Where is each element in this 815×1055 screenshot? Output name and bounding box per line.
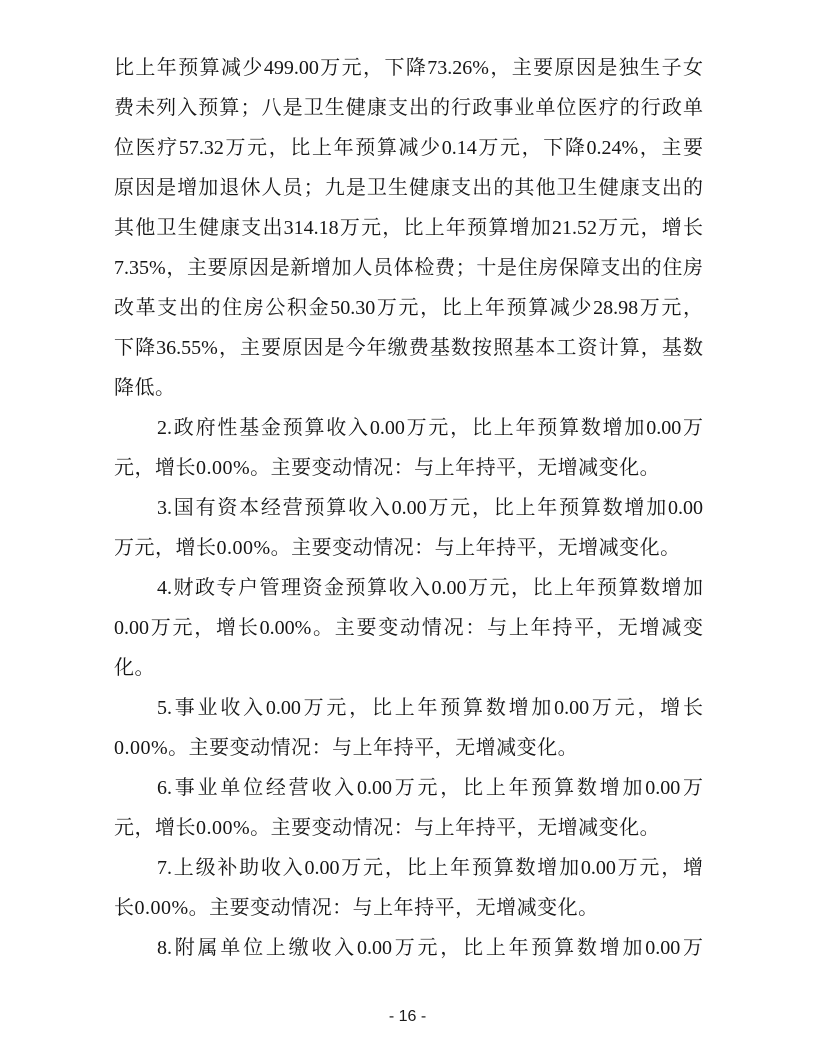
document-body: 比上年预算减少499.00万元，下降73.26%，主要原因是独生子女 费未列入预…	[114, 48, 703, 968]
text-line: 0.00%。主要变动情况：与上年持平，无增减变化。	[114, 728, 703, 768]
text-line: 元，增长0.00%。主要变动情况：与上年持平，无增减变化。	[114, 808, 703, 848]
text-line: 4.财政专户管理资金预算收入0.00万元，比上年预算数增加	[114, 568, 703, 608]
text-line: 费未列入预算；八是卫生健康支出的行政事业单位医疗的行政单	[114, 88, 703, 128]
text-line: 5.事业收入0.00万元，比上年预算数增加0.00万元，增长	[114, 688, 703, 728]
text-line: 改革支出的住房公积金50.30万元，比上年预算减少28.98万元，	[114, 288, 703, 328]
text-line: 下降36.55%，主要原因是今年缴费基数按照基本工资计算，基数	[114, 328, 703, 368]
text-line: 3.国有资本经营预算收入0.00万元，比上年预算数增加0.00	[114, 488, 703, 528]
text-line: 8.附属单位上缴收入0.00万元，比上年预算数增加0.00万	[114, 928, 703, 968]
text-line: 0.00万元，增长0.00%。主要变动情况：与上年持平，无增减变	[114, 608, 703, 648]
text-line: 万元，增长0.00%。主要变动情况：与上年持平，无增减变化。	[114, 528, 703, 568]
text-line: 位医疗57.32万元，比上年预算减少0.14万元，下降0.24%，主要	[114, 128, 703, 168]
text-line: 7.上级补助收入0.00万元，比上年预算数增加0.00万元，增	[114, 848, 703, 888]
text-line: 6.事业单位经营收入0.00万元，比上年预算数增加0.00万	[114, 768, 703, 808]
text-line: 比上年预算减少499.00万元，下降73.26%，主要原因是独生子女	[114, 48, 703, 88]
text-line: 长0.00%。主要变动情况：与上年持平，无增减变化。	[114, 888, 703, 928]
text-line: 降低。	[114, 368, 703, 408]
text-line: 其他卫生健康支出314.18万元，比上年预算增加21.52万元，增长	[114, 208, 703, 248]
text-line: 原因是增加退休人员；九是卫生健康支出的其他卫生健康支出的	[114, 168, 703, 208]
page-number: - 16 -	[0, 1008, 815, 1026]
document-page: 比上年预算减少499.00万元，下降73.26%，主要原因是独生子女 费未列入预…	[0, 0, 815, 1055]
text-line: 7.35%，主要原因是新增加人员体检费；十是住房保障支出的住房	[114, 248, 703, 288]
text-line: 2.政府性基金预算收入0.00万元，比上年预算数增加0.00万	[114, 408, 703, 448]
text-line: 化。	[114, 648, 703, 688]
text-line: 元，增长0.00%。主要变动情况：与上年持平，无增减变化。	[114, 448, 703, 488]
